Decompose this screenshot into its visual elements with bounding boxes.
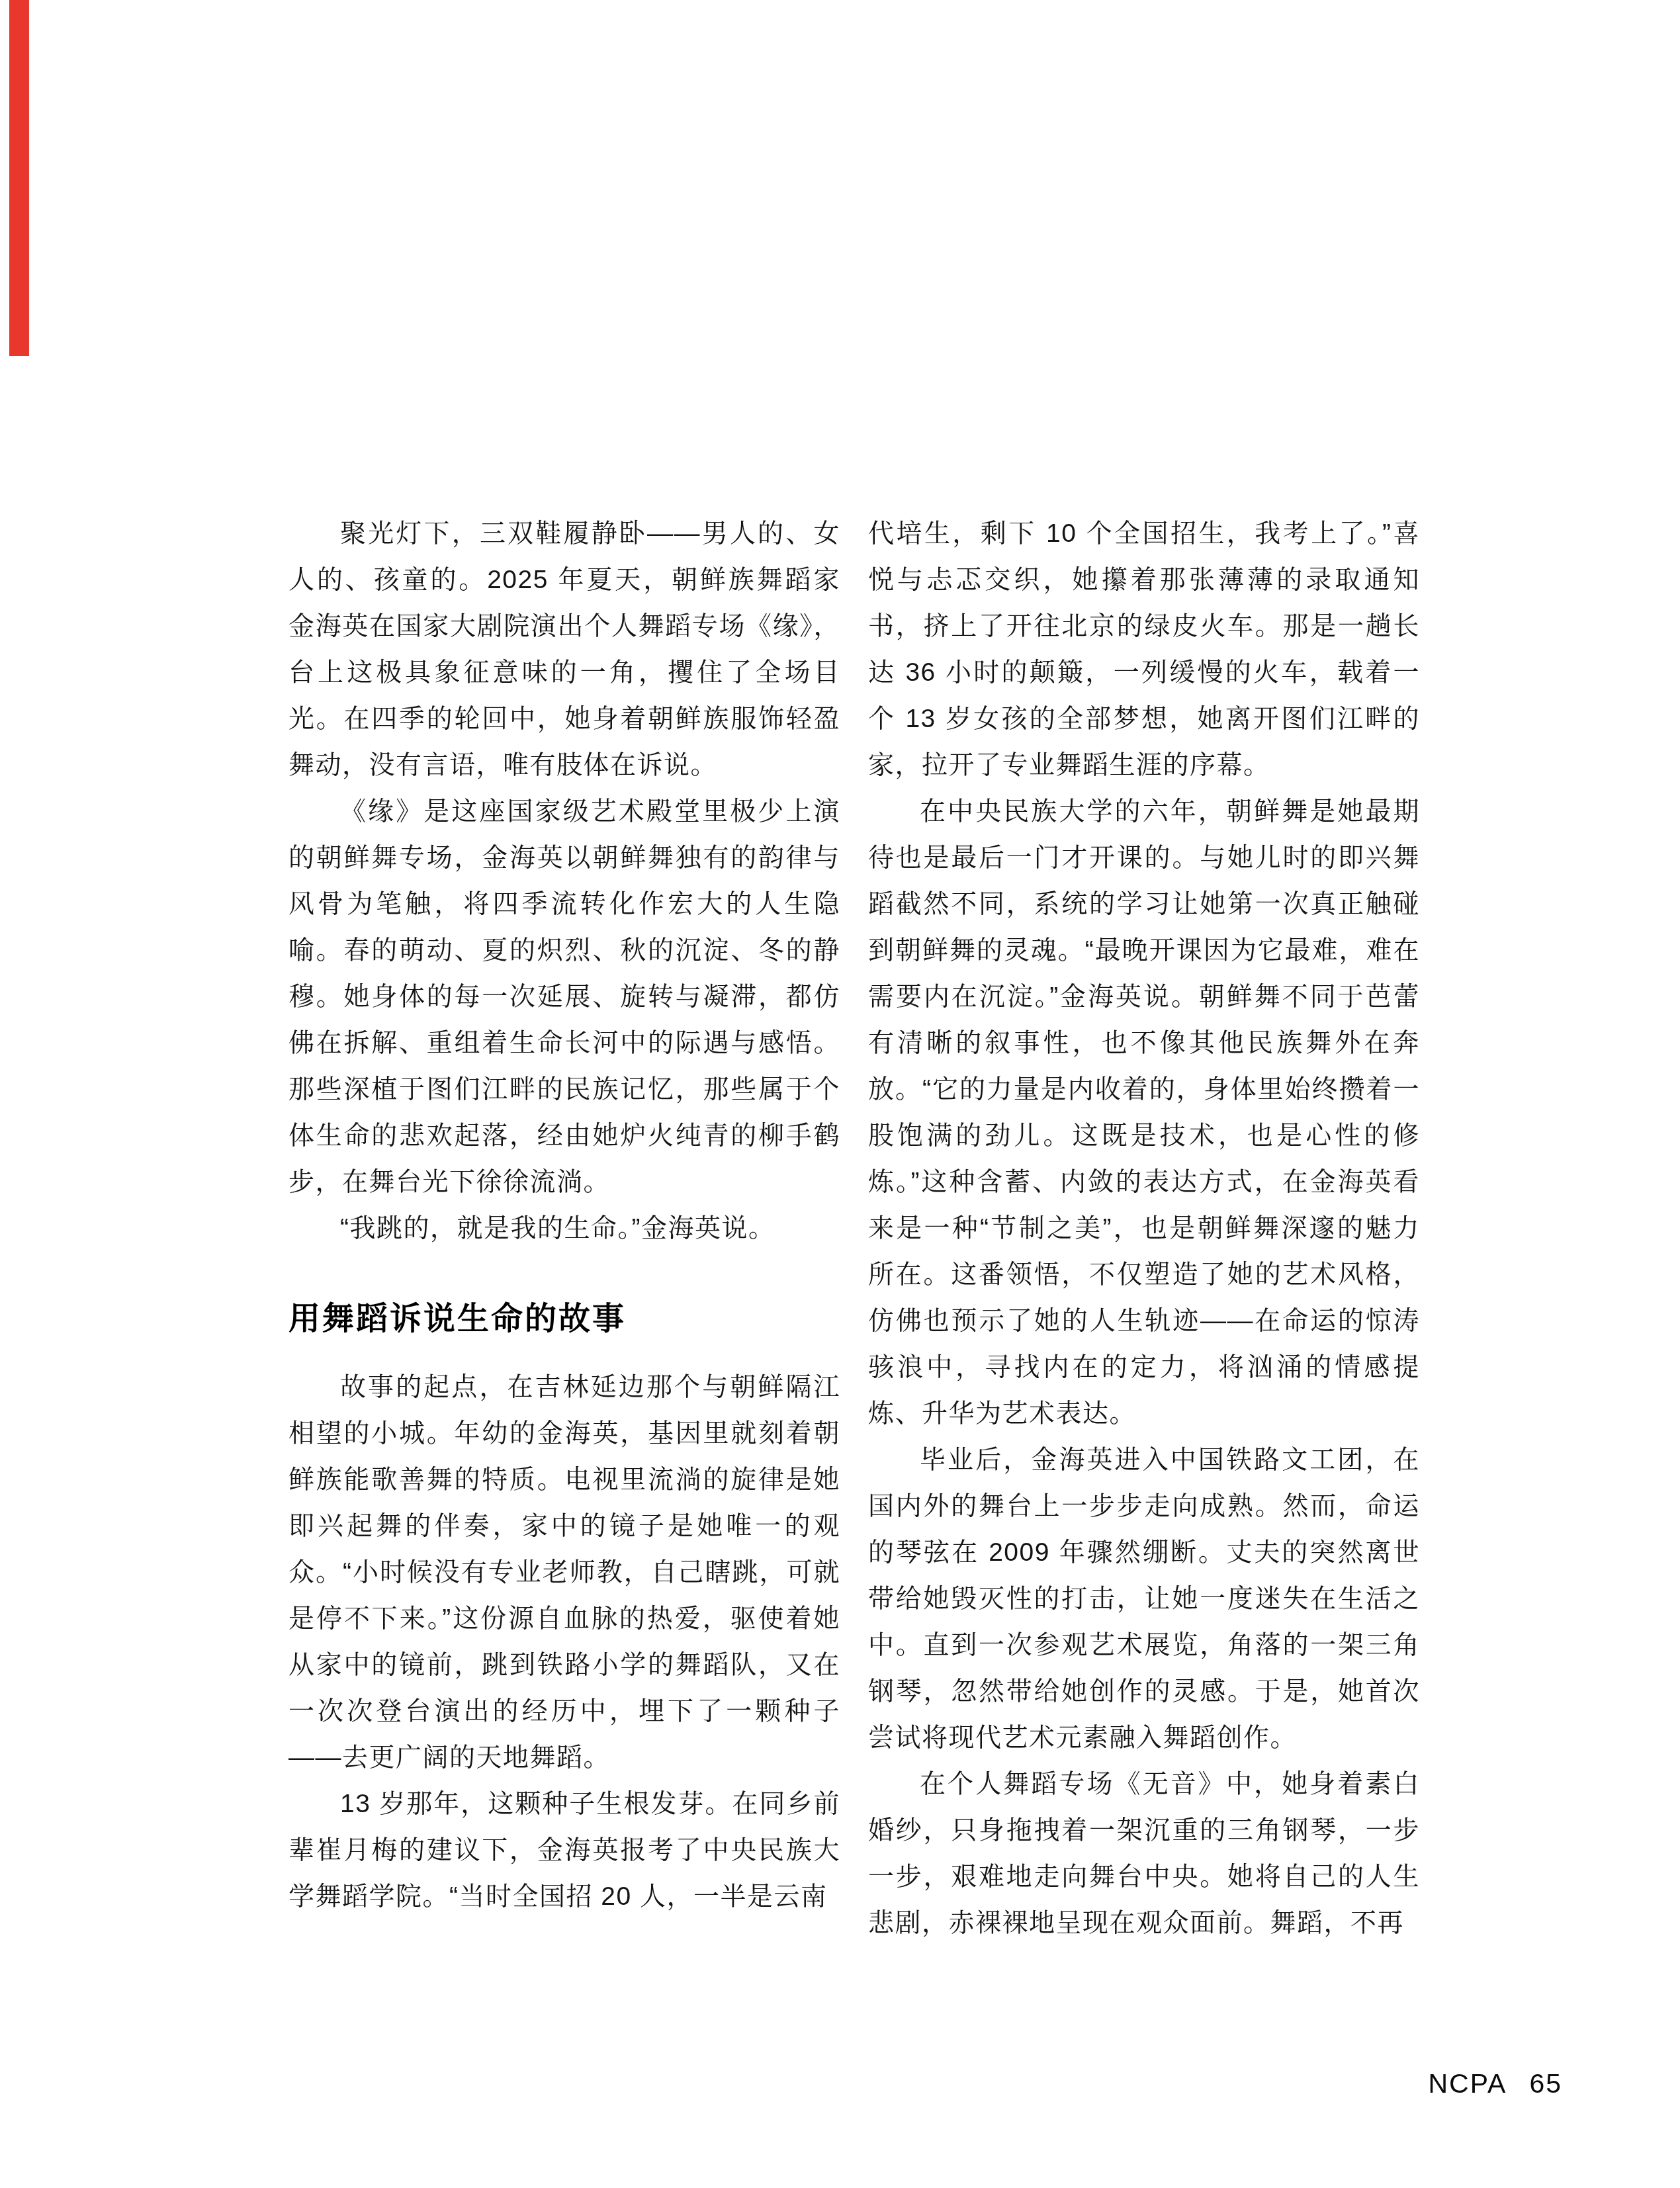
paragraph: 故事的起点，在吉林延边那个与朝鲜隔江相望的小城。年幼的金海英，基因里就刻着朝鲜族… bbox=[288, 1364, 840, 1781]
paragraph: 聚光灯下，三双鞋履静卧——男人的、女人的、孩童的。2025 年夏天，朝鲜族舞蹈家… bbox=[288, 511, 840, 789]
magazine-page: 聚光灯下，三双鞋履静卧——男人的、女人的、孩童的。2025 年夏天，朝鲜族舞蹈家… bbox=[0, 0, 1680, 2188]
paragraph: 《缘》是这座国家级艺术殿堂里极少上演的朝鲜舞专场，金海英以朝鲜舞独有的韵律与风骨… bbox=[288, 789, 840, 1205]
page-footer: NCPA 65 bbox=[1429, 2068, 1562, 2099]
article-left-column: 聚光灯下，三双鞋履静卧——男人的、女人的、孩童的。2025 年夏天，朝鲜族舞蹈家… bbox=[288, 511, 840, 1920]
paragraph-quote: “我跳的，就是我的生命。”金海英说。 bbox=[288, 1205, 840, 1252]
article-right-column: 代培生，剩下 10 个全国招生，我考上了。”喜悦与忐忑交织，她攥着那张薄薄的录取… bbox=[868, 511, 1420, 1947]
paragraph: 毕业后，金海英进入中国铁路文工团，在国内外的舞台上一步步走向成熟。然而，命运的琴… bbox=[868, 1437, 1420, 1761]
paragraph: 13 岁那年，这颗种子生根发芽。在同乡前辈崔月梅的建议下，金海英报考了中央民族大… bbox=[288, 1781, 840, 1920]
page-edge-red-mark bbox=[9, 0, 29, 356]
paragraph: 在中央民族大学的六年，朝鲜舞是她最期待也是最后一门才开课的。与她儿时的即兴舞蹈截… bbox=[868, 789, 1420, 1437]
page-number: 65 bbox=[1529, 2068, 1562, 2099]
paragraph: 在个人舞蹈专场《无音》中，她身着素白婚纱，只身拖拽着一架沉重的三角钢琴，一步一步… bbox=[868, 1761, 1420, 1947]
section-heading: 用舞蹈诉说生命的故事 bbox=[288, 1301, 840, 1338]
magazine-brand: NCPA bbox=[1429, 2068, 1507, 2099]
paragraph-continuation: 代培生，剩下 10 个全国招生，我考上了。”喜悦与忐忑交织，她攥着那张薄薄的录取… bbox=[868, 511, 1420, 789]
